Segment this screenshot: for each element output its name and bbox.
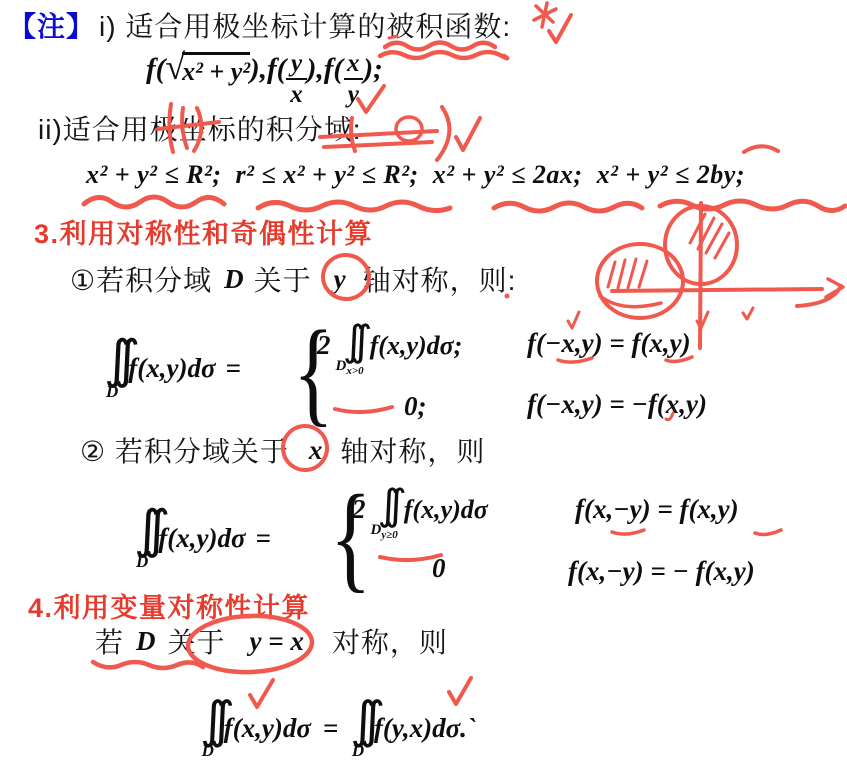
equals-sign: = xyxy=(256,523,271,554)
numerator: y xyxy=(287,51,306,78)
integrand-body: f(x,y)dσ; xyxy=(370,331,463,361)
item-1-pre: ①若积分域 xyxy=(70,259,212,299)
integral-domain-label: D xyxy=(202,742,214,759)
double-integral-symbol: ∫∫ xyxy=(104,337,123,384)
eq1-condition-odd: f(−x,y) = −f(x,y) xyxy=(527,389,707,420)
radical: √ x² + y² xyxy=(165,52,250,87)
item-1-mid: 关于 xyxy=(254,259,312,299)
sketch-region-circle-top xyxy=(665,206,737,284)
numerator: x xyxy=(343,51,364,78)
note-tag: 【注】 xyxy=(8,5,95,45)
item-2-pre: ② 若积分域关于 xyxy=(80,430,289,470)
domain-D: D xyxy=(224,264,244,295)
wavy-underline xyxy=(84,197,224,207)
check-mark xyxy=(549,15,571,42)
eq2-case-1: 2 ∫∫ Dy≥0 f(x,y)dσ xyxy=(352,486,488,541)
eq1-lhs: ∫∫ D f(x,y)dσ = xyxy=(104,337,241,400)
axis-x: x xyxy=(309,435,323,466)
sketch-hatching xyxy=(690,214,705,243)
double-integral: ∫∫ D xyxy=(350,698,366,759)
item-1-line: ①若积分域 D 关于 y 轴对称，则: xyxy=(70,259,516,299)
integrand-formula: f( √ x² + y² ),f( y x ),f( x y ); xyxy=(146,52,383,87)
double-integral: ∫∫ D xyxy=(200,698,216,759)
star-mark xyxy=(536,6,553,22)
double-integral-symbol: ∫∫ xyxy=(350,698,368,743)
integral-domain-label: D xyxy=(106,383,118,400)
underline-y xyxy=(755,530,781,534)
double-integral: ∫∫ D xyxy=(134,507,150,570)
integral-domain-label: D xyxy=(352,742,364,759)
check-mark xyxy=(456,118,480,150)
wavy-underline xyxy=(380,52,507,58)
sec4-mid: 关于 xyxy=(168,621,226,661)
radicand: x² + y² xyxy=(182,52,250,87)
wavy-underline xyxy=(494,203,642,211)
sketch-hatching xyxy=(715,233,729,258)
integrand-body: f(x,y)dσ xyxy=(158,523,245,554)
note-line: 【注】 i) 适合用极坐标计算的被积函数: xyxy=(8,5,511,45)
denominator: y xyxy=(344,78,363,107)
eq1-case-1: 2 ∫∫ Dx>0 f(x,y)dσ; xyxy=(317,322,462,377)
underline-Dx-positive xyxy=(335,407,392,412)
fraction-y-over-x: y x xyxy=(286,51,307,107)
item-2-post: 轴对称，则 xyxy=(340,430,485,470)
double-integral-symbol: ∫∫ xyxy=(378,486,393,524)
integrand-body: f(y,x)dσ.` xyxy=(374,713,476,744)
integrand-body: f(x,y)dσ xyxy=(224,713,311,744)
wavy-underline xyxy=(93,662,203,668)
eq2-lhs: ∫∫ D f(x,y)dσ = xyxy=(134,507,271,570)
equals-sign: = xyxy=(226,353,241,384)
sketch-arrow xyxy=(797,286,841,306)
sketch-hatching xyxy=(628,259,636,288)
sec4-pre: 若 xyxy=(95,621,124,661)
paren-doodle xyxy=(437,107,449,160)
double-integral: ∫∫ D xyxy=(104,337,120,400)
equals-sign: = xyxy=(323,713,338,744)
item-1-post: 轴对称，则: xyxy=(363,259,517,299)
sketch-vertical-axis xyxy=(700,203,701,348)
sec4-line: 若 D 关于 y = x 对称，则 xyxy=(95,621,448,661)
check-mark xyxy=(697,312,708,328)
sketch-hatching xyxy=(706,224,722,253)
section-3-heading: 3.利用对称性和奇偶性计算 xyxy=(34,212,373,251)
eq1-condition-even: f(−x,y) = f(x,y) xyxy=(527,328,691,359)
double-integral: ∫∫ Dx>0 xyxy=(336,322,364,377)
sketch-horizontal-axis xyxy=(612,289,822,291)
formula-piece: ); xyxy=(364,53,383,86)
sketch-hatching xyxy=(608,262,615,287)
sketch-region-circle-left xyxy=(597,244,683,318)
formula-piece: ),f( xyxy=(307,53,343,86)
line-y-equals-x: y = x xyxy=(250,626,304,657)
double-integral-symbol: ∫∫ xyxy=(343,322,358,360)
axis-y: y xyxy=(334,264,346,295)
double-integral-symbol: ∫∫ xyxy=(134,507,153,554)
section-4-heading: 4.利用变量对称性计算 xyxy=(28,586,310,625)
formula-piece: f( xyxy=(146,53,165,86)
wavy-underline xyxy=(258,202,450,211)
item-2-line: ② 若积分域关于 x 轴对称，则 xyxy=(80,430,485,470)
eq2-condition-even: f(x,−y) = f(x,y) xyxy=(575,494,739,525)
star-mark xyxy=(534,9,556,20)
integrand-body: f(x,y)dσ xyxy=(404,495,488,525)
small-circle-doodle xyxy=(396,117,422,141)
note-line-text: i) 适合用极坐标计算的被积函数: xyxy=(99,5,511,45)
notes-page: { "colors": { "accent_blue": "#0b0bd0", … xyxy=(0,0,847,761)
sketch-hatching xyxy=(639,261,647,287)
integral-domain-label: Dy≥0 xyxy=(371,523,398,541)
line-ii: ii)适合用极坐标的积分域: xyxy=(38,108,362,148)
coefficient: 2 xyxy=(317,330,331,361)
sketch-hatching xyxy=(698,218,714,249)
sketch-arrow-head xyxy=(826,279,843,297)
underline-minus-y xyxy=(612,530,644,534)
double-integral-symbol: ∫∫ xyxy=(200,698,218,743)
arc-mark xyxy=(744,146,778,152)
fraction-x-over-y: x y xyxy=(343,51,364,107)
final-identity: ∫∫ D f(x,y)dσ = ∫∫ D f(y,x)dσ.` xyxy=(200,698,476,759)
sec4-post: 对称，则 xyxy=(332,621,448,661)
check-mark xyxy=(743,308,753,319)
integral-domain-label: D xyxy=(136,553,148,570)
domains-formula: x² + y² ≤ R²; r² ≤ x² + y² ≤ R²; x² + y²… xyxy=(86,160,745,190)
wavy-underline xyxy=(660,201,845,211)
eq2-condition-odd: f(x,−y) = − f(x,y) xyxy=(568,556,755,587)
check-mark xyxy=(568,312,579,328)
double-integral: ∫∫ Dy≥0 xyxy=(371,486,398,541)
integral-domain-label: Dx>0 xyxy=(336,359,364,377)
denominator: x xyxy=(286,78,307,107)
star-mark xyxy=(542,3,547,27)
eq2-case-2: 0 xyxy=(432,553,446,584)
coefficient: 2 xyxy=(352,494,366,525)
domain-D: D xyxy=(136,626,156,657)
eq1-case-2: 0; xyxy=(404,391,427,422)
sketch-hatching xyxy=(618,260,625,288)
integrand-body: f(x,y)dσ xyxy=(128,353,215,384)
formula-piece: ),f( xyxy=(250,53,286,86)
sketch-stroke xyxy=(600,296,661,307)
